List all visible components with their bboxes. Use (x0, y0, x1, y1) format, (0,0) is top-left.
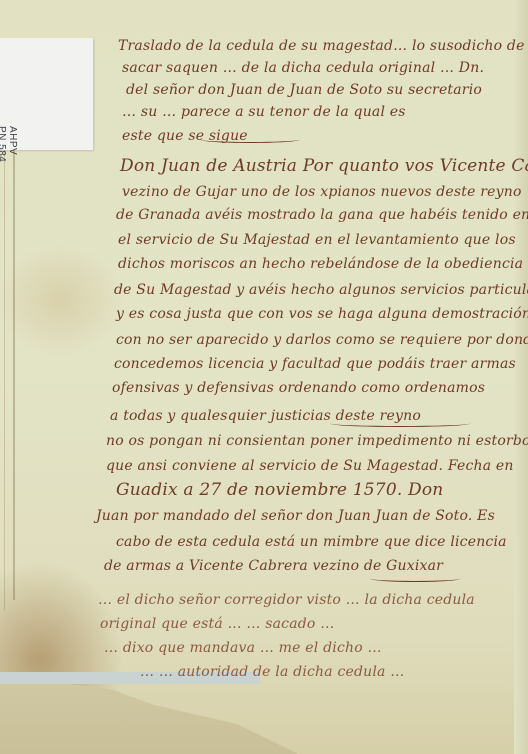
manuscript-line: con no ser aparecido y darlos como se re… (116, 332, 528, 348)
manuscript-line: dichos moriscos an hecho rebelándose de … (118, 256, 523, 272)
manuscript-line: … su … parece a su tenor de la qual es (122, 104, 406, 120)
manuscript-line: cabo de esta cedula está un mimbre que d… (116, 534, 507, 550)
manuscript-line: el servicio de Su Majestad en el levanta… (118, 232, 516, 248)
manuscript-line: original que está … … sacado … (100, 616, 334, 632)
manuscript-line: … dixo que mandava … me el dicho … (104, 640, 382, 656)
manuscript-line: sacar saquen … de la dicha cedula origin… (122, 60, 484, 76)
manuscript-date-line: Guadix a 27 de noviembre 1570. Don (116, 480, 443, 500)
manuscript-line: vezino de Gujar uno de los xpianos nuevo… (122, 184, 522, 200)
manuscript-line: de Su Magestad y avéis hecho algunos ser… (114, 282, 528, 298)
underline-flourish (330, 420, 470, 427)
manuscript-line: y es cosa justa que con vos se haga algu… (116, 306, 528, 322)
manuscript-line: que ansi conviene al servicio de Su Mage… (106, 458, 514, 474)
manuscript-line: concedemos licencia y facultad que podái… (114, 356, 516, 372)
underline-flourish (200, 136, 300, 143)
manuscript-line: … … autoridad de la dicha cedula … (140, 664, 404, 680)
handwritten-text: Traslado de la cedula de su magestad… lo… (0, 0, 528, 754)
manuscript-line: del señor don Juan de Juan de Soto su se… (126, 82, 482, 98)
manuscript-line: Juan por mandado del señor don Juan Juan… (96, 508, 495, 524)
manuscript-line: de Granada avéis mostrado la gana que ha… (116, 207, 528, 223)
manuscript-line: Traslado de la cedula de su magestad… lo… (118, 38, 528, 54)
manuscript-line: de armas a Vicente Cabrera vezino de Gux… (104, 558, 443, 574)
manuscript-line: … el dicho señor corregidor visto … la d… (98, 592, 475, 608)
document-photo: AHPV PN 584 folio 33v Traslado de la ced… (0, 0, 528, 754)
underline-flourish (370, 575, 460, 582)
manuscript-line: Don Juan de Austria Por quanto vos Vicen… (120, 156, 528, 176)
manuscript-line: ofensivas y defensivas ordenando como or… (112, 380, 485, 396)
manuscript-line: no os pongan ni consientan poner impedim… (106, 433, 528, 449)
